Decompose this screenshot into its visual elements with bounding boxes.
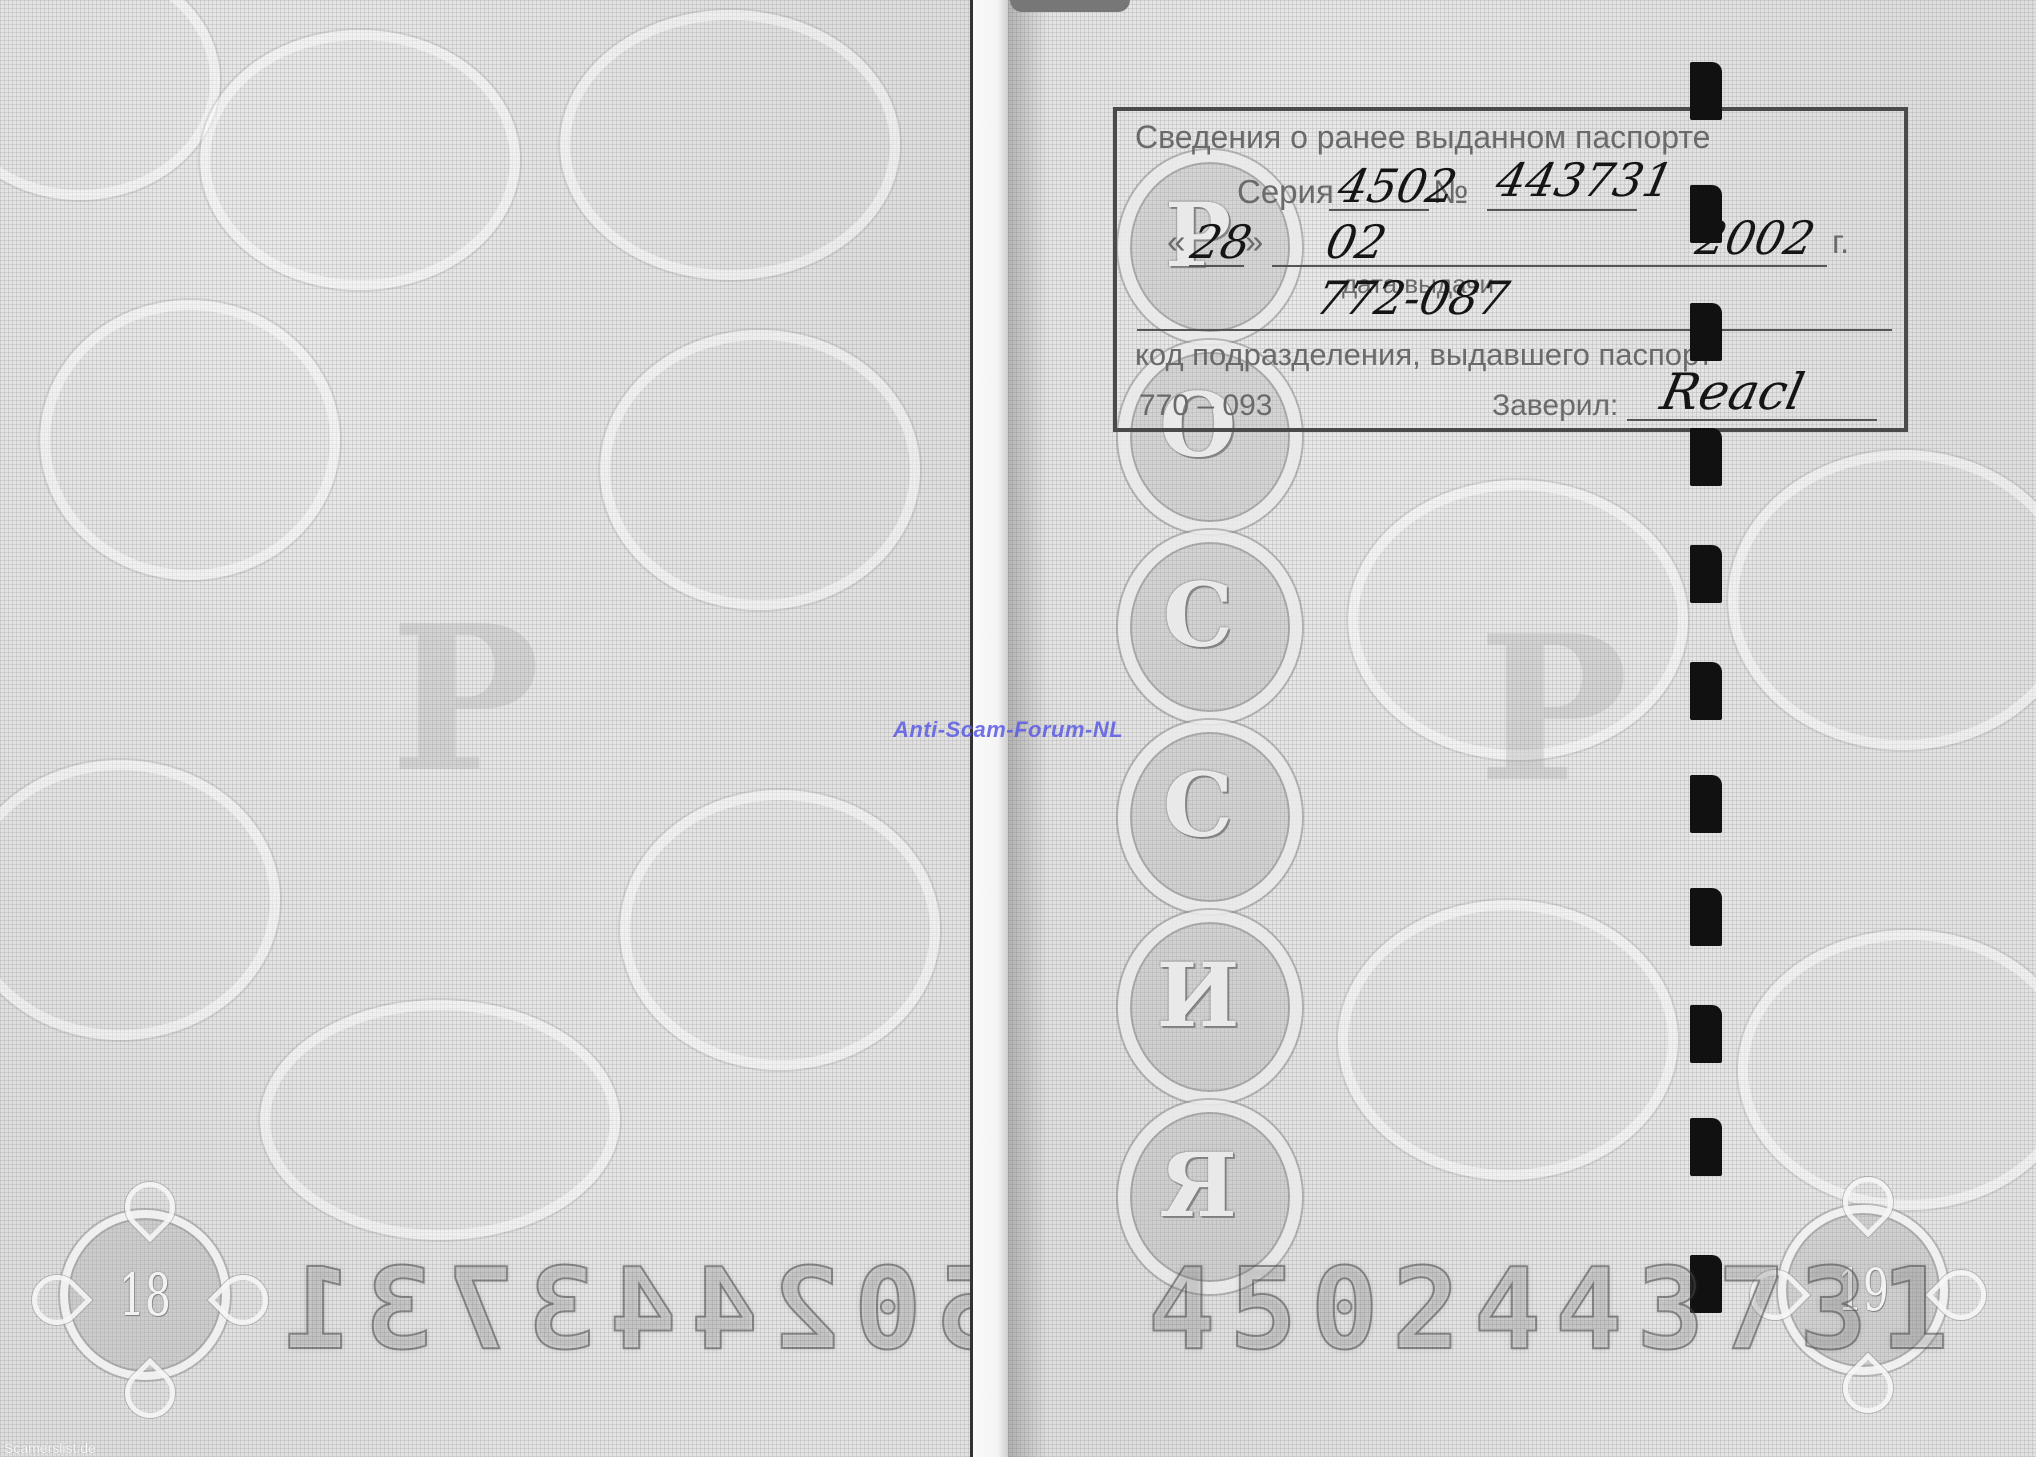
series-label: Серия — [1237, 173, 1334, 211]
guilloche-swirl — [0, 760, 280, 1040]
perforation-dash — [1690, 775, 1722, 833]
perforation-dash — [1690, 428, 1722, 486]
handwritten-number: 443731 — [1491, 153, 1678, 207]
perforation-dash — [1690, 662, 1722, 720]
perforated-serial: 4502443731 — [1148, 1245, 1962, 1375]
perforated-serial: 4502443731 — [270, 1245, 973, 1375]
guilloche-swirl — [1338, 900, 1678, 1180]
page-number: 18 — [72, 1190, 219, 1400]
watermark-letter: Р — [390, 600, 540, 800]
guilloche-swirl — [260, 1000, 620, 1240]
guilloche-swirl — [1728, 450, 2036, 750]
guilloche-swirl — [620, 790, 940, 1070]
cover-edge — [1010, 0, 1130, 12]
certified-label: Заверил: — [1492, 389, 1618, 423]
band-letter: И — [1118, 910, 1278, 1080]
right-page: Р Р О С С И Я Сведения о ранее выданном … — [1008, 0, 2036, 1457]
band-letter: С — [1118, 720, 1278, 890]
previous-passport-stamp: Сведения о ранее выданном паспорте Серия… — [1113, 107, 1908, 432]
perforation-dash — [1690, 545, 1722, 603]
page-number-ornament: 18 — [40, 1190, 250, 1400]
guilloche-swirl — [560, 10, 900, 280]
guilloche-swirl — [40, 300, 340, 580]
signature: Reacl — [1656, 363, 1809, 421]
handwritten-day: 28 — [1186, 215, 1256, 269]
perforation-dash — [1690, 888, 1722, 946]
guilloche-swirl — [600, 330, 920, 610]
guilloche-swirl — [1738, 930, 2036, 1210]
band-letter: С — [1118, 530, 1278, 700]
perforation-dash — [1690, 185, 1722, 243]
perforation-dash — [1690, 62, 1722, 120]
forum-watermark: Anti-Scam-Forum-NL — [893, 717, 1123, 743]
division-underline — [1137, 329, 1892, 331]
guilloche-swirl — [0, 0, 220, 200]
watermark-letter: Р — [1478, 610, 1628, 810]
perforation-dash — [1690, 303, 1722, 361]
division-label: код подразделения, выдавшего паспорт — [1135, 337, 1713, 373]
left-page: Р 18 4502443731 — [0, 0, 973, 1457]
date-open-quote: « — [1167, 223, 1185, 261]
handwritten-series: 4502 — [1333, 159, 1462, 213]
printed-division-code: 770 – 093 — [1139, 389, 1272, 423]
perforation-dash — [1690, 1118, 1722, 1176]
handwritten-month: 02 — [1321, 215, 1391, 269]
number-underline — [1487, 209, 1637, 211]
stamp-title: Сведения о ранее выданном паспорте — [1135, 119, 1710, 156]
perforation-dash — [1690, 1005, 1722, 1063]
handwritten-division-code: 772-087 — [1311, 271, 1514, 325]
guilloche-swirl — [200, 30, 520, 290]
site-watermark: Scamerslist.de — [4, 1440, 96, 1456]
year-suffix: г. — [1832, 223, 1849, 261]
